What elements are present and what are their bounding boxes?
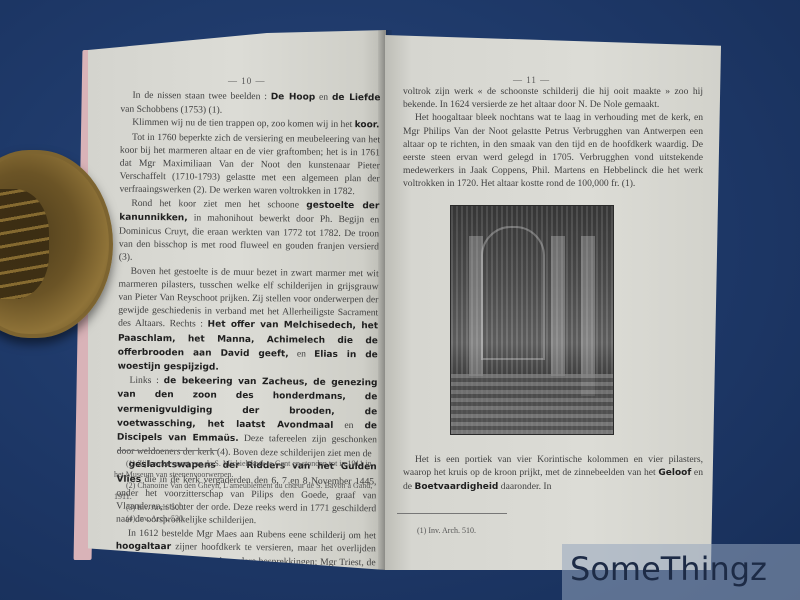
page-number-right: — 11 — — [513, 75, 550, 85]
footnote: (2) Chanoine Van den Gheyn, L'ameublemen… — [114, 480, 376, 502]
paragraph: Rond het koor ziet men het schoone gesto… — [119, 196, 380, 267]
footnote: (1) Zij komen voort van de S. Michielske… — [114, 458, 376, 480]
right-page-body: voltrok zijn werk « de schoonste schilde… — [403, 85, 703, 191]
paragraph: Tot in 1760 beperkte zich de versiering … — [119, 130, 380, 199]
watermark: SomeThingz — [562, 544, 800, 600]
footnote: (4) Inv. Arch. 530. — [114, 513, 376, 524]
watermark-text: SomeThingz — [570, 550, 767, 588]
cathedral-choir-illustration — [450, 205, 614, 435]
paragraph: voltrok zijn werk « de schoonste schilde… — [403, 85, 703, 111]
paragraph: Het hoogaltaar bleek nochtans wat te laa… — [403, 111, 703, 190]
left-page: — 10 — In de nissen staan twee beelden :… — [88, 30, 386, 570]
footnote-rule-right — [397, 513, 507, 514]
paragraph: In de nissen staan twee beelden : De Hoo… — [120, 89, 380, 119]
page-number-left: — 10 — — [228, 76, 266, 86]
footnote-rule — [118, 450, 218, 451]
footnote: (1) Inv. Arch. 510. — [405, 525, 685, 536]
footnote: (3) Inv. Arch. 500. — [114, 502, 376, 513]
right-page: — 11 — voltrok zijn werk « de schoonste … — [385, 35, 721, 570]
paragraph: Links : de bekeering van Zacheus, de gen… — [117, 374, 378, 461]
paragraph: Het is een portiek van vier Korintische … — [403, 453, 703, 495]
left-footnotes: (1) Zij komen voort van de S. Michielske… — [114, 458, 376, 524]
right-page-after-photo: Het is een portiek van vier Korintische … — [403, 453, 703, 495]
right-footnotes: (1) Inv. Arch. 510. — [405, 525, 685, 536]
paragraph: Boven het gestoelte is de muur bezet in … — [118, 264, 379, 376]
